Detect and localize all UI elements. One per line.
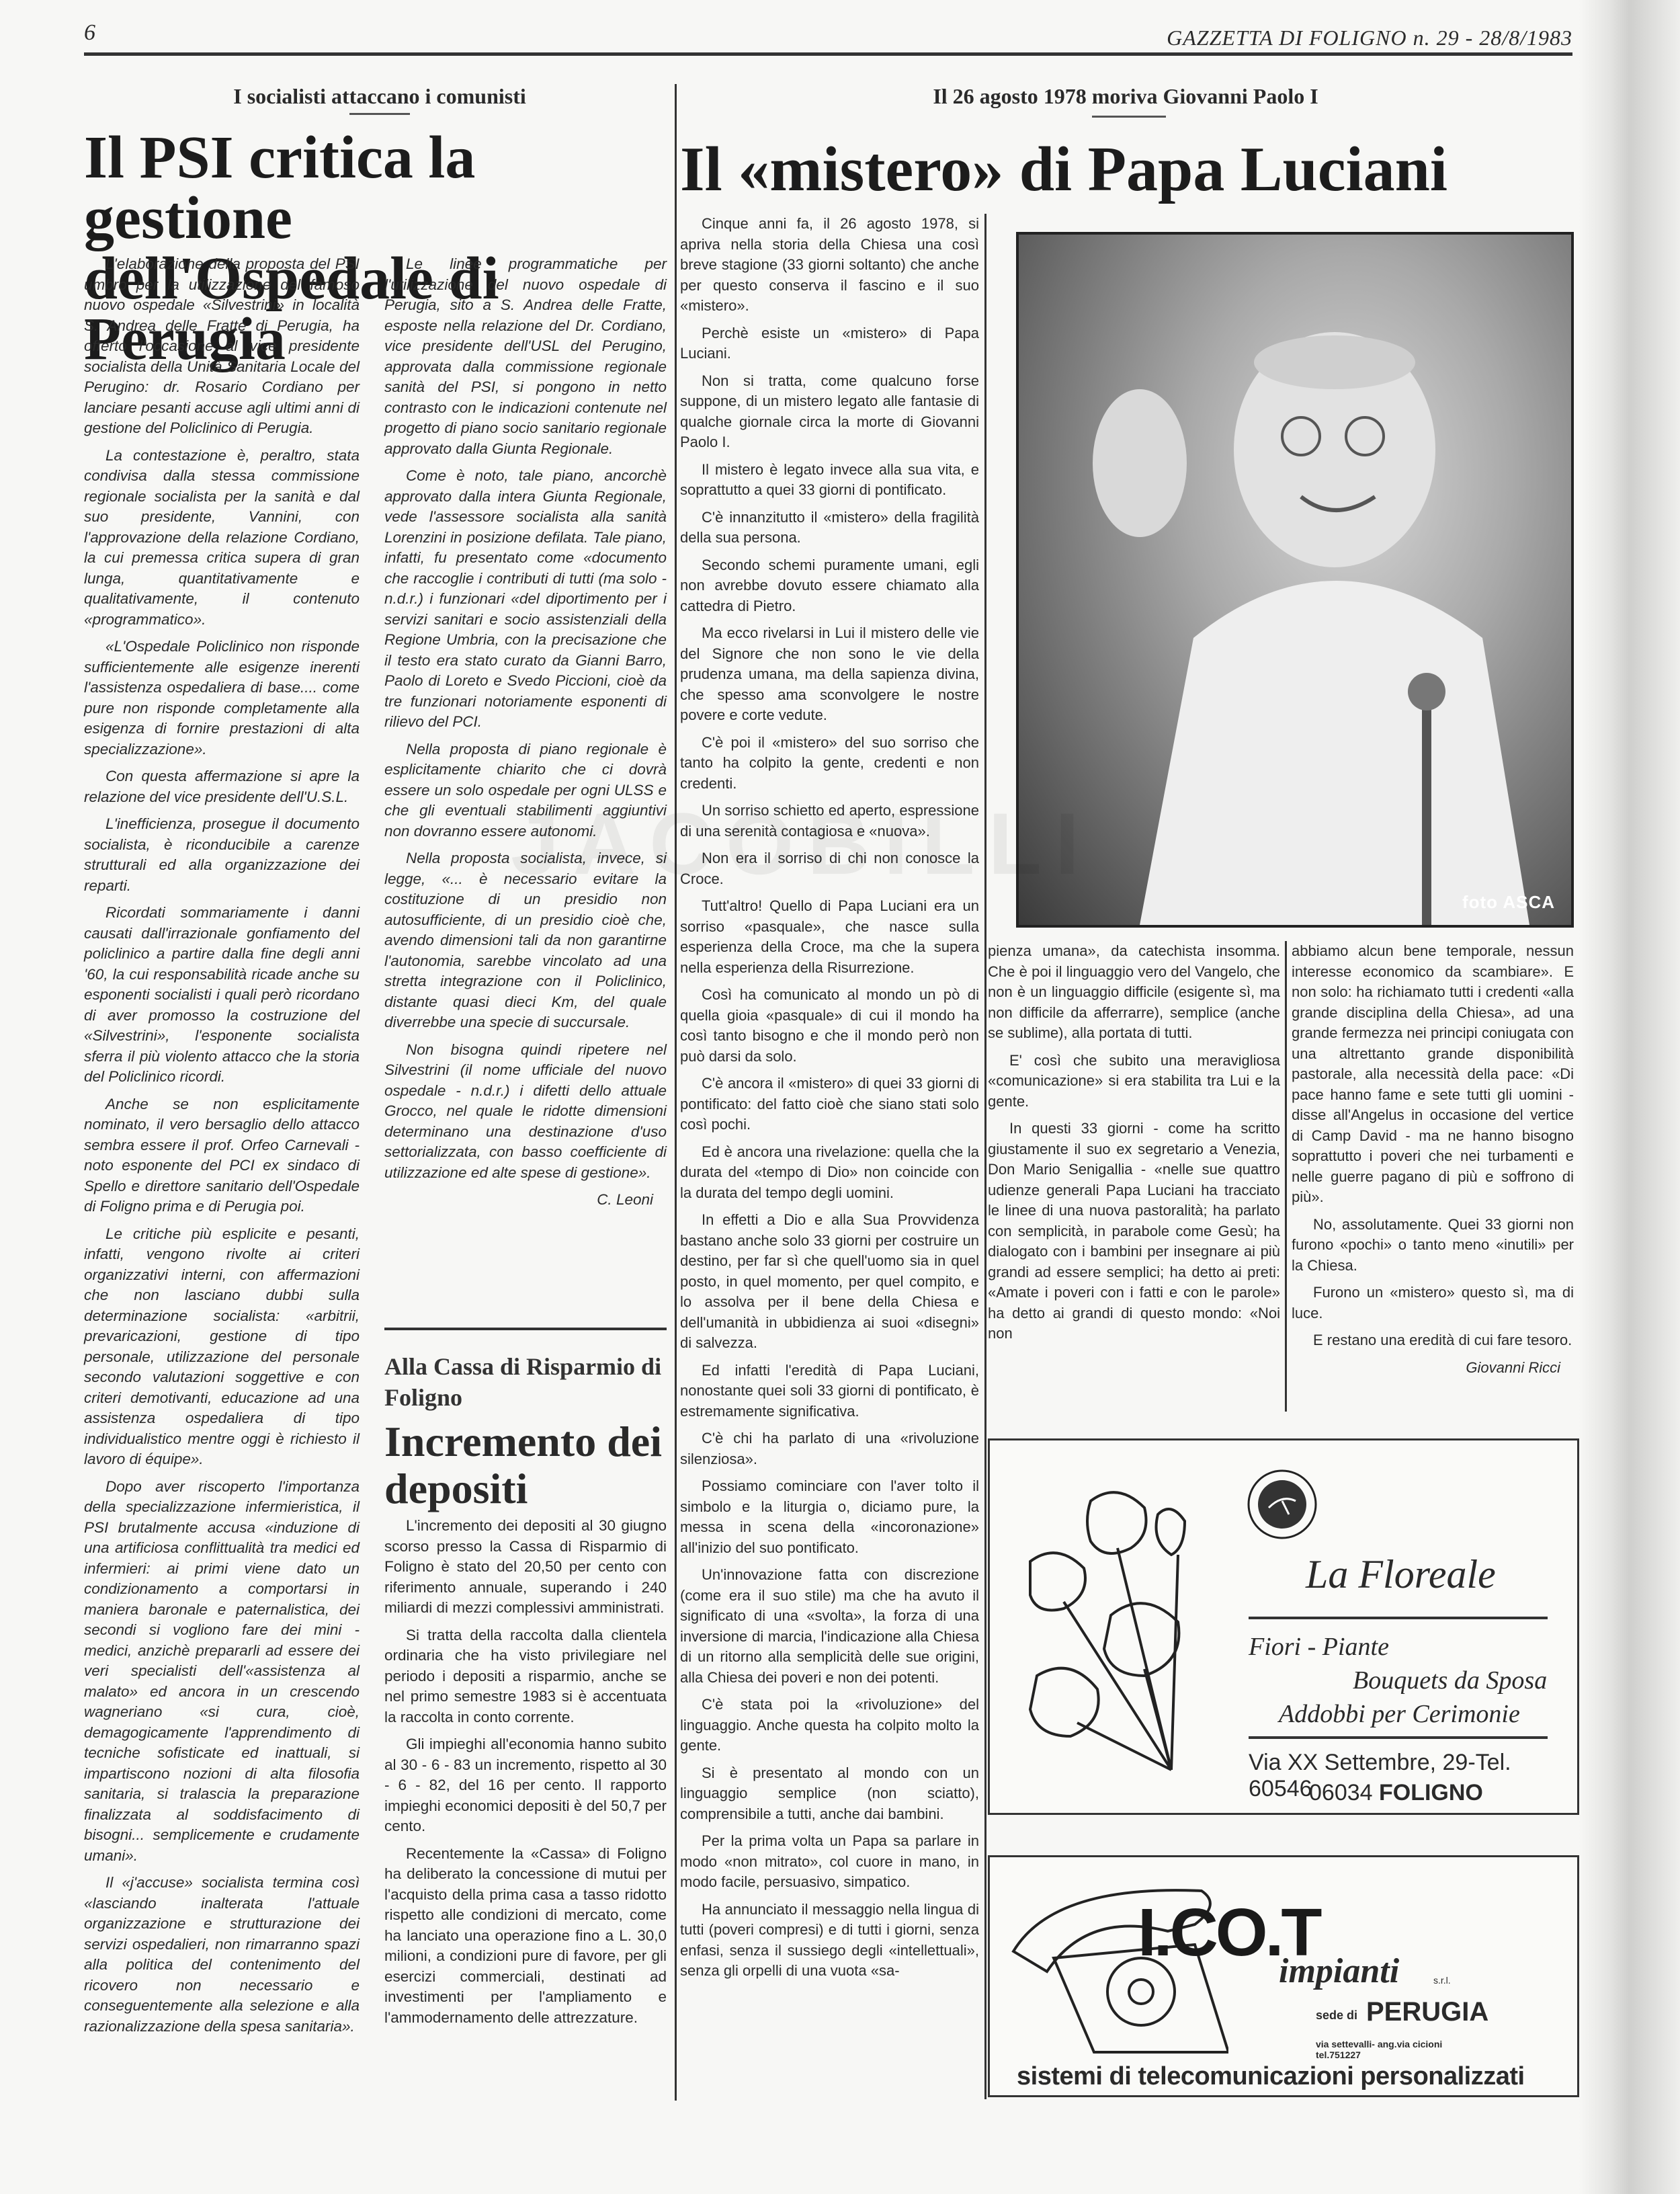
page-number: 6 bbox=[84, 20, 95, 46]
pope-portrait-illustration bbox=[1019, 235, 1571, 925]
paragraph: «L'Ospedale Policlinico non risponde suf… bbox=[84, 637, 360, 760]
paragraph: Con questa affermazione si apre la relaz… bbox=[84, 766, 360, 807]
paragraph: Il mistero è legato invece alla sua vita… bbox=[680, 460, 979, 501]
paragraph: Anche se non esplicitamente nominato, il… bbox=[84, 1094, 360, 1217]
paragraph: Recentemente la «Cassa» di Foligno ha de… bbox=[384, 1844, 667, 2029]
floreale-line-3: Addobbi per Cerimonie bbox=[1279, 1699, 1520, 1729]
column-divider bbox=[1285, 941, 1287, 1412]
icot-subtitle: impianti bbox=[1279, 1951, 1399, 1991]
luciani-column-2: pienza umana», da catechista insomma. Ch… bbox=[988, 941, 1280, 1351]
luciani-signature: Giovanni Ricci bbox=[1292, 1358, 1574, 1379]
icot-city: PERUGIA bbox=[1366, 1997, 1488, 2027]
ad-rule bbox=[1249, 1617, 1548, 1619]
paragraph: E' così che subito una meravigliosa «com… bbox=[988, 1051, 1280, 1112]
cassa-headline: Incremento dei depositi bbox=[384, 1418, 667, 1512]
paragraph: L'incremento dei depositi al 30 giugno s… bbox=[384, 1516, 667, 1619]
paragraph: Furono un «mistero» questo sì, ma di luc… bbox=[1292, 1283, 1574, 1324]
icot-phone: tel.751227 bbox=[1316, 2049, 1442, 2060]
paragraph: Dopo aver riscoperto l'importanza della … bbox=[84, 1477, 360, 1867]
paragraph: Un'innovazione fatta con discrezione (co… bbox=[680, 1565, 979, 1688]
cassa-top-rule bbox=[384, 1328, 667, 1330]
paragraph: Ma ecco rivelarsi in Lui il mistero dell… bbox=[680, 623, 979, 726]
paragraph: Il «j'accuse» socialista termina così «l… bbox=[84, 1873, 360, 2037]
floreale-line-1: Fiori - Piante bbox=[1249, 1632, 1389, 1662]
floreale-line-2: Bouquets da Sposa bbox=[1353, 1666, 1547, 1695]
luciani-column-1: Cinque anni fa, il 26 agosto 1978, si ap… bbox=[680, 214, 979, 1988]
masthead: GAZZETTA DI FOLIGNO n. 29 - 28/8/1983 bbox=[1167, 26, 1572, 50]
paragraph: Secondo schemi puramente umani, egli non… bbox=[680, 555, 979, 617]
ad-rule bbox=[1249, 1736, 1548, 1739]
paragraph: In effetti a Dio e alla Sua Provvidenza … bbox=[680, 1210, 979, 1354]
paragraph: Le critiche più esplicite e pesanti, inf… bbox=[84, 1224, 360, 1470]
paragraph: abbiamo alcun bene temporale, nessun int… bbox=[1292, 941, 1574, 1208]
luciani-column-3: abbiamo alcun bene temporale, nessun int… bbox=[1292, 941, 1574, 1385]
luciani-kicker: Il 26 agosto 1978 moriva Giovanni Paolo … bbox=[679, 84, 1572, 109]
icot-tagline: sistemi di telecomunicazioni personalizz… bbox=[1017, 2062, 1525, 2091]
paragraph: Perchè esiste un «mistero» di Papa Lucia… bbox=[680, 323, 979, 364]
paragraph: Si tratta della raccolta dalla clientela… bbox=[384, 1625, 667, 1728]
psi-kicker: I socialisti attaccano i comunisti bbox=[87, 84, 672, 109]
paragraph: Le linee programmatiche per l'utilizzazi… bbox=[384, 254, 667, 459]
icot-address: via settevalli- ang.via cicioni tel.7512… bbox=[1316, 2039, 1442, 2060]
header-rule bbox=[84, 52, 1572, 56]
paragraph: L'elaborazione della proposta del PSI um… bbox=[84, 254, 360, 439]
floreale-cap: 06034 bbox=[1309, 1780, 1373, 1805]
paragraph: Come è noto, tale piano, ancorchè approv… bbox=[384, 466, 667, 733]
photo-credit: foto ASCA bbox=[1462, 892, 1555, 913]
newspaper-page: 6 GAZZETTA DI FOLIGNO n. 29 - 28/8/1983 … bbox=[0, 0, 1680, 2194]
paragraph: Cinque anni fa, il 26 agosto 1978, si ap… bbox=[680, 214, 979, 317]
psi-signature: C. Leoni bbox=[384, 1190, 667, 1211]
psi-headline-line1: Il PSI critica la gestione bbox=[84, 128, 675, 249]
ad-la-floreale: La Floreale Fiori - Piante Bouquets da S… bbox=[988, 1438, 1579, 1815]
psi-column-2: Le linee programmatiche per l'utilizzazi… bbox=[384, 254, 667, 1217]
cassa-kicker: Alla Cassa di Risparmio di Foligno bbox=[384, 1351, 667, 1413]
pope-photo: foto ASCA bbox=[1016, 232, 1574, 928]
paragraph: Non si tratta, come qualcuno forse suppo… bbox=[680, 371, 979, 453]
luciani-headline: Il «mistero» di Papa Luciani bbox=[680, 138, 1574, 201]
roses-bouquet-illustration bbox=[1010, 1467, 1225, 1790]
floreale-city: FOLIGNO bbox=[1379, 1780, 1483, 1805]
luciani-kicker-rule bbox=[1092, 116, 1166, 118]
paragraph: Gli impieghi all'economia hanno subito a… bbox=[384, 1734, 667, 1837]
paragraph: C'è stata poi la «rivoluzione» del lingu… bbox=[680, 1695, 979, 1756]
column-divider bbox=[675, 84, 677, 2101]
paragraph: Ed infatti l'eredità di Papa Luciani, no… bbox=[680, 1360, 979, 1422]
paragraph: Non bisogna quindi ripetere nel Silvestr… bbox=[384, 1040, 667, 1184]
paragraph: L'inefficienza, prosegue il documento so… bbox=[84, 814, 360, 896]
paragraph: No, assolutamente. Quei 33 giorni non fu… bbox=[1292, 1215, 1574, 1276]
paragraph: E restano una eredità di cui fare tesoro… bbox=[1292, 1330, 1574, 1351]
paragraph: La contestazione è, peraltro, stata cond… bbox=[84, 446, 360, 631]
paragraph: pienza umana», da catechista insomma. Ch… bbox=[988, 941, 1280, 1044]
psi-column-1: L'elaborazione della proposta del PSI um… bbox=[84, 254, 360, 2043]
paragraph: Per la prima volta un Papa sa parlare in… bbox=[680, 1831, 979, 1893]
paragraph: C'è innanzitutto il «mistero» della frag… bbox=[680, 507, 979, 548]
paragraph: Ricordati sommariamente i danni causati … bbox=[84, 903, 360, 1088]
floreale-brand-name: La Floreale bbox=[1306, 1551, 1496, 1598]
floreale-city-line: 06034 FOLIGNO bbox=[1309, 1780, 1483, 1806]
paragraph: Ha annunciato il messaggio nella lingua … bbox=[680, 1900, 979, 1982]
archive-watermark: JACOBILLI bbox=[511, 793, 1093, 894]
icot-sede-label: sede di bbox=[1316, 2008, 1357, 2023]
icot-srl: s.r.l. bbox=[1433, 1975, 1451, 1986]
column-divider bbox=[984, 214, 986, 2099]
paragraph: C'è ancora il «mistero» di quei 33 giorn… bbox=[680, 1073, 979, 1135]
page-binding-edge bbox=[1579, 0, 1680, 2194]
paragraph: C'è chi ha parlato di una «rivoluzione s… bbox=[680, 1428, 979, 1469]
psi-kicker-rule bbox=[349, 113, 410, 115]
paragraph: Ed è ancora una rivelazione: quella che … bbox=[680, 1142, 979, 1204]
icot-street: via settevalli- ang.via cicioni bbox=[1316, 2039, 1442, 2049]
paragraph: Possiamo cominciare con l'aver tolto il … bbox=[680, 1476, 979, 1558]
paragraph: Tutt'altro! Quello di Papa Luciani era u… bbox=[680, 896, 979, 978]
interflora-badge-icon bbox=[1245, 1467, 1319, 1541]
ad-icot-impianti: I.CO.T impianti s.r.l. sede di PERUGIA v… bbox=[988, 1855, 1579, 2097]
paragraph: Così ha comunicato al mondo un pò di que… bbox=[680, 985, 979, 1067]
paragraph: In questi 33 giorni - come ha scritto gi… bbox=[988, 1119, 1280, 1344]
cassa-column: L'incremento dei depositi al 30 giugno s… bbox=[384, 1516, 667, 2035]
paragraph: Si è presentato al mondo con un linguagg… bbox=[680, 1763, 979, 1825]
paragraph: C'è poi il «mistero» del suo sorriso che… bbox=[680, 733, 979, 795]
page-header: 6 GAZZETTA DI FOLIGNO n. 29 - 28/8/1983 bbox=[84, 20, 1572, 57]
